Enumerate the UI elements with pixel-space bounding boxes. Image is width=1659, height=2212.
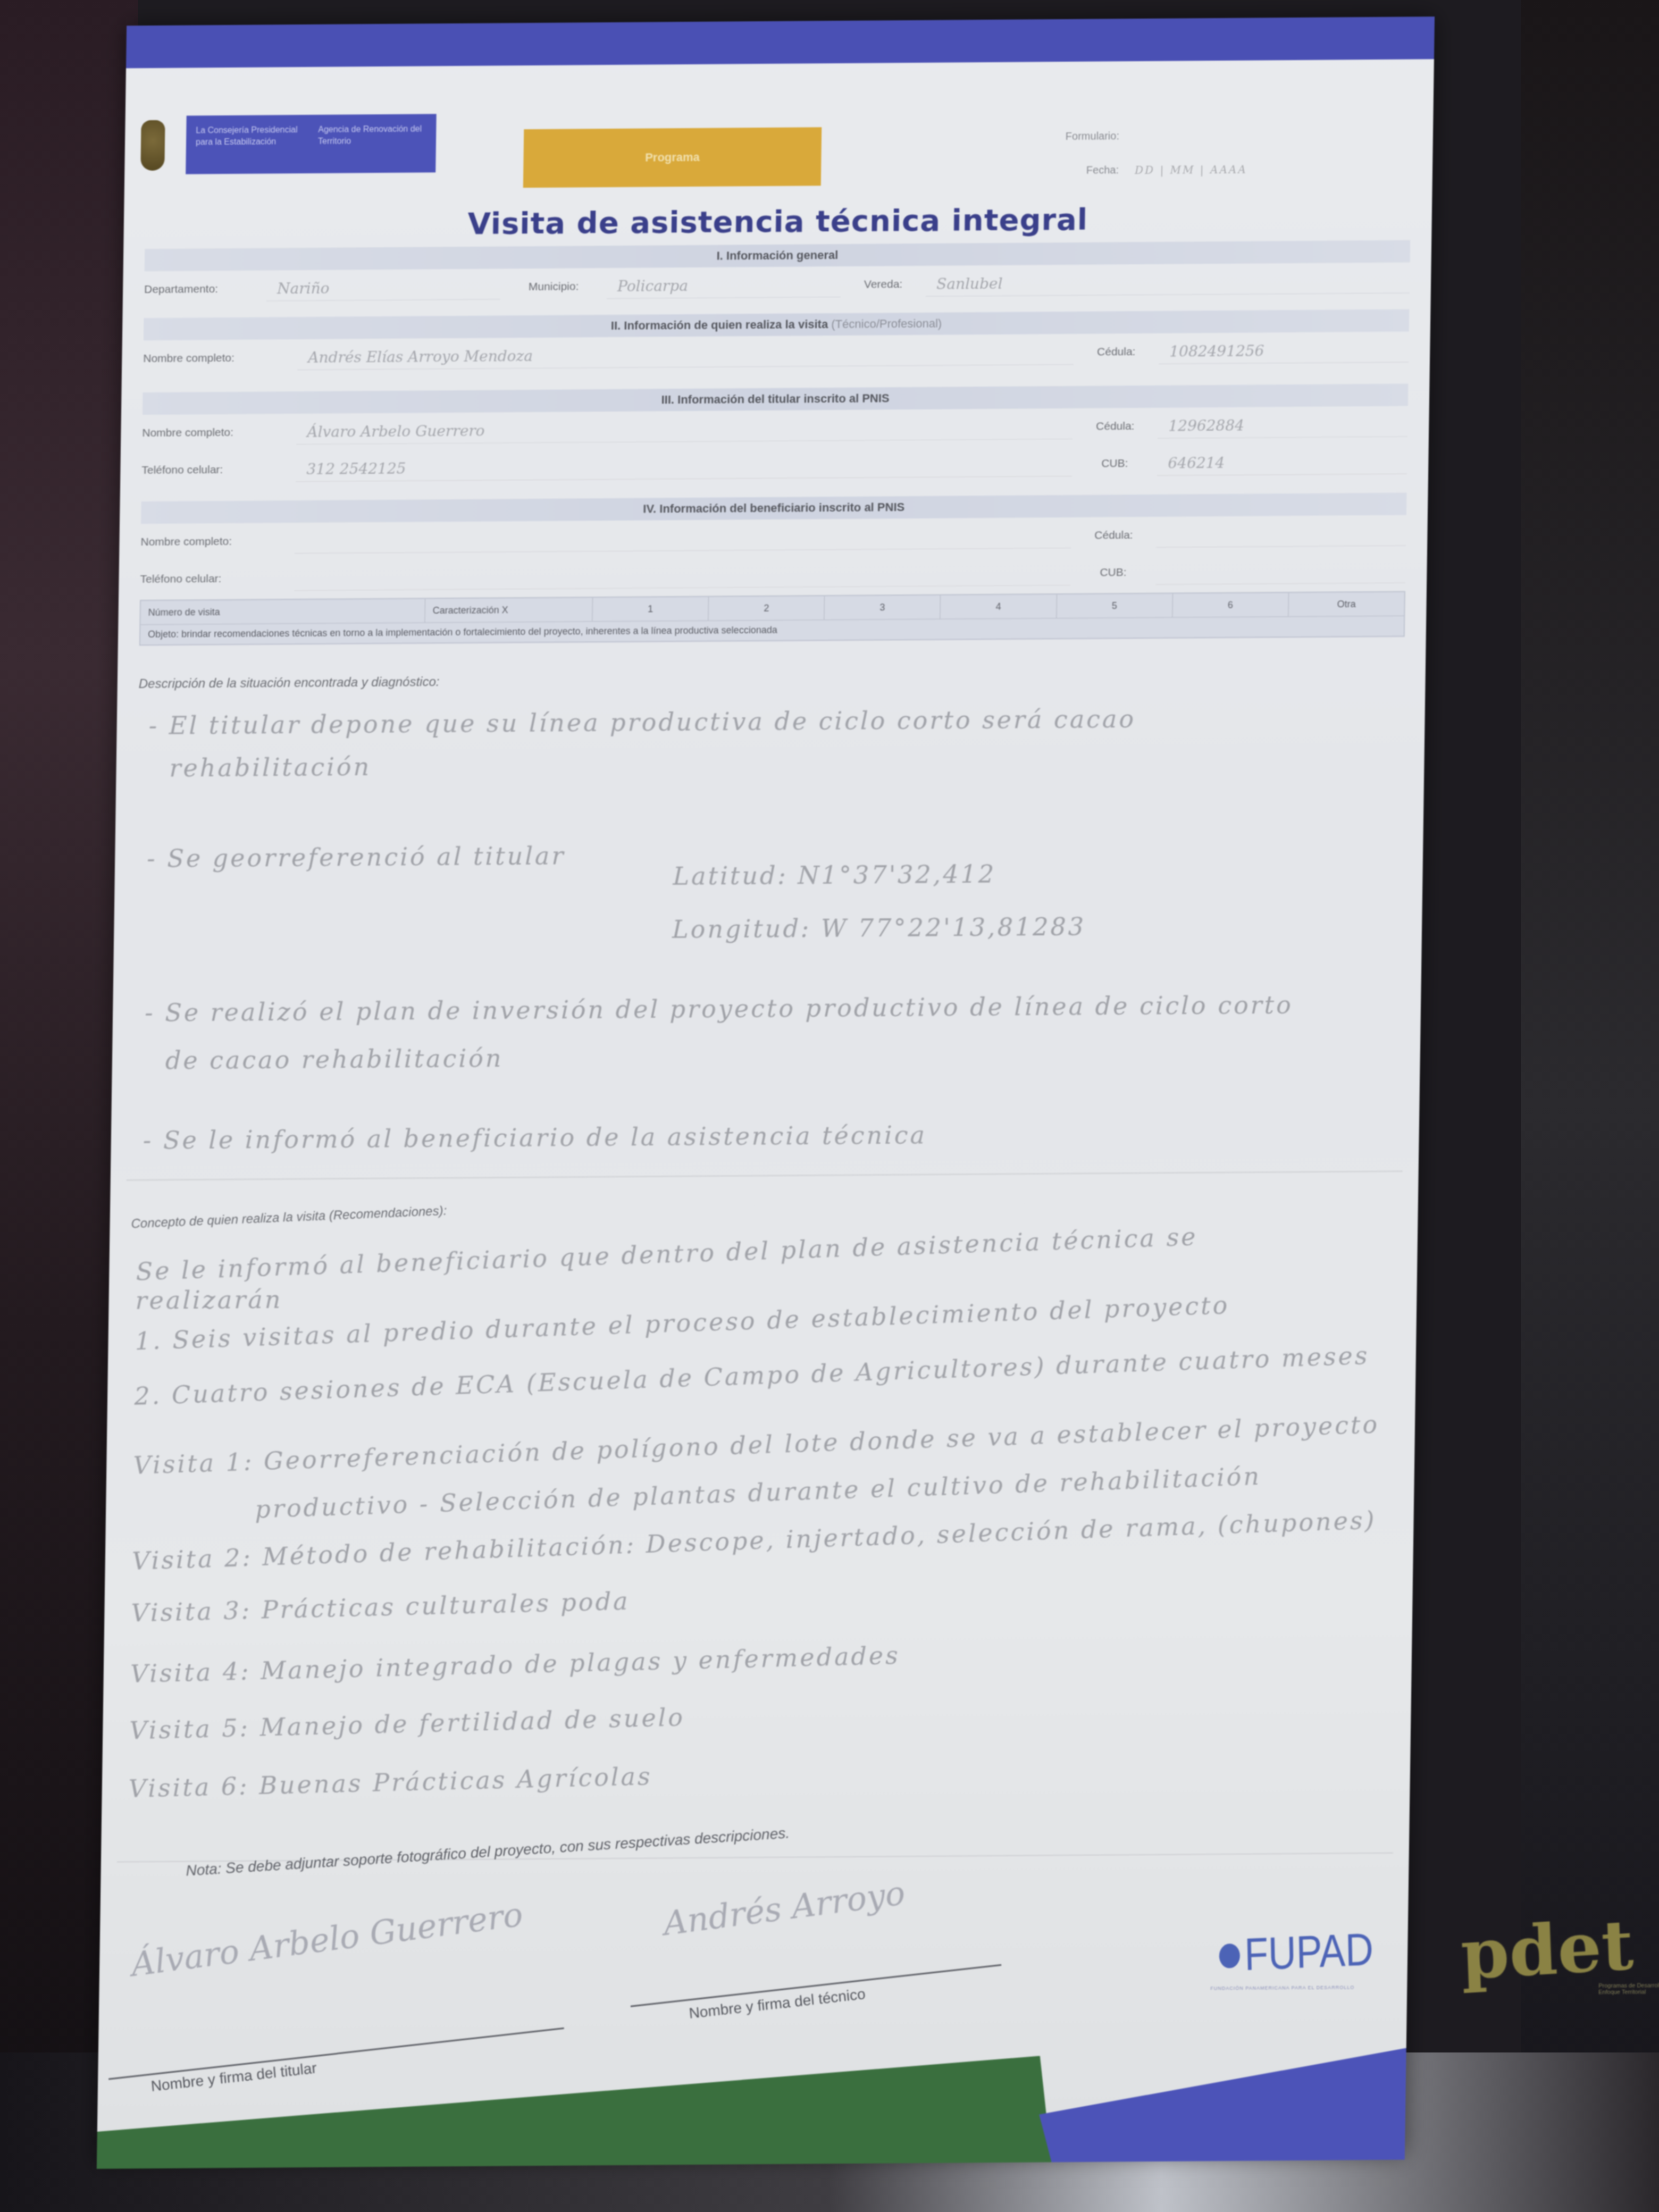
date-row: Fecha: DD | MM | AAAA <box>1039 162 1358 177</box>
header-logos: La Consejería Presidencial para la Estab… <box>140 103 437 185</box>
tecnico-signature-label: Nombre y firma del técnico <box>688 1985 866 2022</box>
pdet-subtitle: Programas de Desarrollo con Enfoque Terr… <box>1598 1982 1659 1996</box>
section-tecnico: II. Información de quien realiza la visi… <box>143 309 1410 378</box>
fupad-logo: FUPAD <box>1219 1923 1374 1982</box>
descripcion-line: de cacao rehabilitación <box>165 1044 504 1075</box>
visit-option-3[interactable]: 3 <box>825 596 941 620</box>
tecnico-signature[interactable]: Andrés Arroyo <box>661 1873 907 1943</box>
descripcion-line: - Se georreferenció al titular <box>147 842 566 874</box>
fupad-subtitle: FUNDACIÓN PANAMERICANA PARA EL DESARROLL… <box>1210 1984 1354 1991</box>
government-logo: La Consejería Presidencial para la Estab… <box>186 114 437 174</box>
signature-area: Álvaro Arbelo Guerrero Nombre y firma de… <box>98 1910 1408 2079</box>
colombia-shield-icon <box>140 120 165 170</box>
beneficiario-nombre-field[interactable] <box>295 524 1071 553</box>
form-label: Formulario: <box>1040 130 1119 143</box>
tecnico-nombre-field[interactable]: Andrés Elías Arroyo Mendoza <box>297 340 1074 370</box>
titular-cub-field[interactable]: 646214 <box>1157 450 1407 475</box>
municipio-label: Municipio: <box>500 280 607 294</box>
visit-option-4[interactable]: 4 <box>941 594 1057 619</box>
beneficiario-cub-field[interactable] <box>1155 559 1406 584</box>
tecnico-cedula-label: Cédula: <box>1074 346 1159 359</box>
caracterizacion-mark: X <box>502 605 508 616</box>
recomendacion-line: realizarán <box>135 1285 283 1314</box>
visit-option-2[interactable]: 2 <box>708 596 825 621</box>
date-value[interactable]: DD | MM | AAAA <box>1135 163 1247 177</box>
visit-number-label: Número de visita <box>140 599 425 624</box>
gov-logo-text-right: Agencia de Renovación del Territorio <box>313 119 431 168</box>
beneficiario-cub-label: CUB: <box>1070 566 1155 580</box>
municipio-field[interactable]: Policarpa <box>607 273 841 298</box>
form-sheet: La Consejería Presidencial para la Estab… <box>97 16 1435 2164</box>
visit-option-5[interactable]: 5 <box>1057 594 1173 618</box>
beneficiario-cedula-label: Cédula: <box>1071 529 1156 542</box>
caracterizacion-cell[interactable]: Caracterización X <box>425 598 593 622</box>
beneficiario-telefono-label: Teléfono celular: <box>140 572 294 586</box>
titular-telefono-label: Teléfono celular: <box>141 463 296 477</box>
titular-nombre-field[interactable]: Álvaro Arbelo Guerrero <box>296 415 1073 444</box>
departamento-label: Departamento: <box>144 283 266 297</box>
descripcion-line: - El titular depone que su línea product… <box>148 705 1136 740</box>
tecnico-cedula-field[interactable]: 1082491256 <box>1159 338 1409 364</box>
form-number-row: Formulario: <box>1040 129 1359 143</box>
section-titular: III. Información del titular inscrito al… <box>141 384 1408 490</box>
section-tecnico-subtitle: (Técnico/Profesional) <box>831 317 942 331</box>
vereda-label: Vereda: <box>841 278 926 291</box>
partner-logo-text: Programa <box>645 150 700 165</box>
titular-cedula-label: Cédula: <box>1073 420 1158 433</box>
caracterizacion-label: Caracterización <box>433 605 499 616</box>
descripcion-line: - Se le informó al beneficiario de la as… <box>143 1121 927 1155</box>
visit-option-6[interactable]: 6 <box>1172 593 1289 617</box>
visit-option-1[interactable]: 1 <box>592 597 709 622</box>
form-meta: Formulario: Fecha: DD | MM | AAAA <box>1038 129 1359 198</box>
departamento-field[interactable]: Nariño <box>266 275 501 301</box>
vereda-field[interactable]: Sanlubel <box>926 269 1410 296</box>
date-label: Fecha: <box>1039 164 1119 177</box>
beneficiario-telefono-field[interactable] <box>294 561 1071 590</box>
beneficiario-nombre-label: Nombre completo: <box>140 535 295 549</box>
visit-table: Número de visita Caracterización X 1 2 3… <box>139 591 1405 646</box>
titular-cedula-field[interactable]: 12962884 <box>1158 413 1408 438</box>
pdet-logo: pdet <box>1459 1904 1635 1995</box>
titular-telefono-field[interactable]: 312 2542125 <box>296 452 1073 481</box>
section-beneficiario: IV. Información del beneficiario inscrit… <box>140 493 1406 599</box>
fupad-logo-text: FUPAD <box>1244 1923 1373 1981</box>
visit-option-other[interactable]: Otra <box>1288 592 1404 617</box>
top-color-band <box>126 16 1435 68</box>
descripcion-line: Latitud: N1°37'32,412 <box>673 860 996 891</box>
fupad-globe-icon <box>1219 1943 1240 1968</box>
descripcion-line: rehabilitación <box>169 752 371 783</box>
descripcion-line: - Se realizó el plan de inversión del pr… <box>145 991 1293 1027</box>
titular-cub-label: CUB: <box>1072 457 1157 471</box>
titular-nombre-label: Nombre completo: <box>142 426 296 440</box>
tecnico-nombre-label: Nombre completo: <box>143 351 297 365</box>
section-general: I. Información general Departamento: Nar… <box>144 240 1411 308</box>
titular-signature[interactable]: Álvaro Arbelo Guerrero <box>129 1895 525 1984</box>
descripcion-line: Longitud: W 77°22'13,81283 <box>672 912 1086 944</box>
background-right <box>1521 0 1659 2212</box>
document-title: Visita de asistencia técnica integral <box>123 200 1432 244</box>
gov-logo-text-left: La Consejería Presidencial para la Estab… <box>191 120 308 169</box>
section-tecnico-title: II. Información de quien realiza la visi… <box>611 317 828 332</box>
titular-signature-line <box>108 2027 564 2080</box>
descripcion-label: Descripción de la situación encontrada y… <box>139 675 440 692</box>
partner-logo: Programa <box>523 127 822 188</box>
beneficiario-cedula-field[interactable] <box>1156 522 1406 547</box>
